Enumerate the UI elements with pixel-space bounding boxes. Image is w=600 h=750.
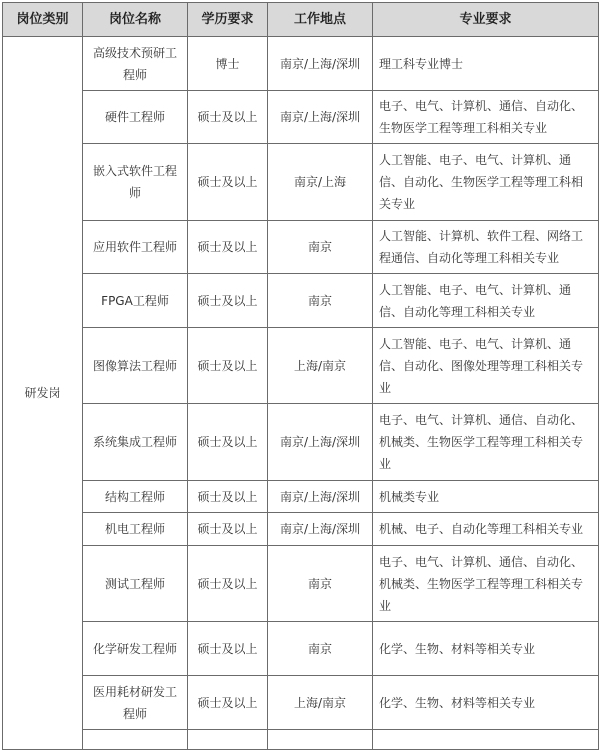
position-name: 医用耗材研发工程师 (83, 676, 188, 730)
location: 南京/上海/深圳 (268, 404, 373, 481)
table-row: 应用软件工程师 硕士及以上 南京 人工智能、计算机、软件工程、网络工程通信、自动… (3, 221, 599, 274)
table-row: 化学研发工程师 硕士及以上 南京 化学、生物、材料等相关专业 (3, 622, 599, 676)
table-row: FPGA工程师 硕士及以上 南京 人工智能、电子、电气、计算机、通信、自动化等理… (3, 274, 599, 328)
position-name: 结构工程师 (83, 481, 188, 513)
header-category: 岗位类别 (3, 3, 83, 37)
education: 硕士及以上 (188, 274, 268, 328)
position-name: 应用软件工程师 (83, 221, 188, 274)
education: 硕士及以上 (188, 404, 268, 481)
table-row: 图像算法工程师 硕士及以上 上海/南京 人工智能、电子、电气、计算机、通信、自动… (3, 328, 599, 404)
header-education: 学历要求 (188, 3, 268, 37)
major: 电子、电气、计算机、通信、自动化、生物医学工程等理工科相关专业 (373, 91, 599, 144)
major: 电子、电气、计算机、通信、自动化、机械类、生物医学工程等理工科相关专业 (373, 404, 599, 481)
education: 博士 (188, 37, 268, 91)
major: 化学、生物、材料等相关专业 (373, 676, 599, 730)
major: 理工科专业博士 (373, 37, 599, 91)
education: 硕士及以上 (188, 221, 268, 274)
header-position-name: 岗位名称 (83, 3, 188, 37)
table-row: 硬件工程师 硕士及以上 南京/上海/深圳 电子、电气、计算机、通信、自动化、生物… (3, 91, 599, 144)
education: 硕士及以上 (188, 91, 268, 144)
location: 南京/上海/深圳 (268, 91, 373, 144)
position-name: 测试工程师 (83, 546, 188, 622)
major: 化学、生物、材料等相关专业 (373, 622, 599, 676)
job-requirements-table: 岗位类别 岗位名称 学历要求 工作地点 专业要求 研发岗 高级技术预研工程师 博… (2, 2, 599, 732)
position-name: 图像算法工程师 (83, 328, 188, 404)
location: 南京 (268, 274, 373, 328)
education: 硕士及以上 (188, 676, 268, 730)
table-header-row: 岗位类别 岗位名称 学历要求 工作地点 专业要求 (3, 3, 599, 37)
table-row: 嵌入式软件工程师 硕士及以上 南京/上海 人工智能、电子、电气、计算机、通信、自… (3, 144, 599, 221)
education: 硕士及以上 (188, 481, 268, 513)
major: 机械、电子、自动化等理工科相关专业 (373, 513, 599, 546)
location: 上海/南京 (268, 676, 373, 730)
location: 南京 (268, 221, 373, 274)
header-major: 专业要求 (373, 3, 599, 37)
major: 机械类专业 (373, 481, 599, 513)
education: 硕士及以上 (188, 622, 268, 676)
education: 硕士及以上 (188, 546, 268, 622)
major: 人工智能、电子、电气、计算机、通信、自动化等理工科相关专业 (373, 274, 599, 328)
position-name: 机电工程师 (83, 513, 188, 546)
location: 南京/上海 (268, 144, 373, 221)
location: 南京/上海/深圳 (268, 481, 373, 513)
location: 南京 (268, 546, 373, 622)
education: 硕士及以上 (188, 328, 268, 404)
table-row: 系统集成工程师 硕士及以上 南京/上海/深圳 电子、电气、计算机、通信、自动化、… (3, 404, 599, 481)
table-row: 机电工程师 硕士及以上 南京/上海/深圳 机械、电子、自动化等理工科相关专业 (3, 513, 599, 546)
major: 人工智能、电子、电气、计算机、通信、自动化、图像处理等理工科相关专业 (373, 328, 599, 404)
table-row: 医用耗材研发工程师 硕士及以上 上海/南京 化学、生物、材料等相关专业 (3, 676, 599, 730)
position-name: 化学研发工程师 (83, 622, 188, 676)
major: 电子、电气、计算机、通信、自动化、机械类、生物医学工程等理工科相关专业 (373, 546, 599, 622)
position-name: 系统集成工程师 (83, 404, 188, 481)
category-cell: 研发岗 (3, 37, 83, 733)
position-name: 高级技术预研工程师 (83, 37, 188, 91)
table-row: 结构工程师 硕士及以上 南京/上海/深圳 机械类专业 (3, 481, 599, 513)
major: 人工智能、计算机、软件工程、网络工程通信、自动化等理工科相关专业 (373, 221, 599, 274)
table-row: 测试工程师 硕士及以上 南京 电子、电气、计算机、通信、自动化、机械类、生物医学… (3, 546, 599, 622)
position-name: 硬件工程师 (83, 91, 188, 144)
major: 人工智能、电子、电气、计算机、通信、自动化、生物医学工程等理工科相关专业 (373, 144, 599, 221)
location: 南京/上海/深圳 (268, 513, 373, 546)
position-name: 嵌入式软件工程师 (83, 144, 188, 221)
location: 南京/上海/深圳 (268, 37, 373, 91)
location: 南京 (268, 622, 373, 676)
education: 硕士及以上 (188, 144, 268, 221)
header-location: 工作地点 (268, 3, 373, 37)
position-name: FPGA工程师 (83, 274, 188, 328)
location: 上海/南京 (268, 328, 373, 404)
education: 硕士及以上 (188, 513, 268, 546)
table-row: 研发岗 高级技术预研工程师 博士 南京/上海/深圳 理工科专业博士 (3, 37, 599, 91)
